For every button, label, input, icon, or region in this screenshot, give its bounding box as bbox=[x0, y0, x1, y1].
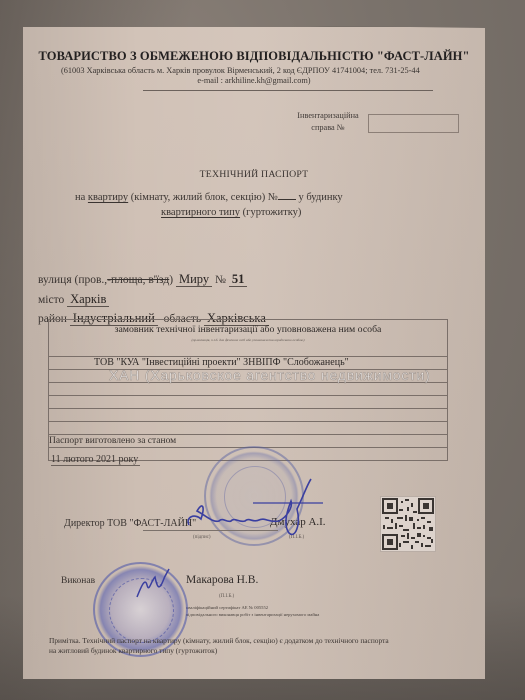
house-number-label: № bbox=[215, 274, 226, 286]
city-value: Харків bbox=[67, 292, 109, 307]
object-suffix: у будинку bbox=[298, 192, 342, 203]
note-line2: на житловий будинок квартирного типу (гу… bbox=[49, 646, 217, 655]
owner-row bbox=[49, 396, 447, 409]
executor-certificate: кваліфікаційний сертифікат АЕ № 005552 bbox=[186, 605, 268, 610]
street-option-lane: пров., bbox=[78, 274, 107, 286]
street-label-close: ) bbox=[169, 274, 173, 286]
apartment-number-blank bbox=[278, 190, 296, 200]
house-number-value: 51 bbox=[229, 272, 248, 287]
note-line1: Примітка. Технічний паспорт на квартиру … bbox=[49, 636, 389, 645]
owner-title: замовник технічної інвентаризації або уп… bbox=[49, 324, 447, 335]
inventory-case-label-line1: Інвентаризаційна bbox=[293, 110, 363, 122]
street-value: Миру bbox=[176, 272, 212, 287]
city-row: місто Харків bbox=[38, 292, 109, 307]
document-page: ТОВАРИСТВО З ОБМЕЖЕНОЮ ВІДПОВІДАЛЬНІСТЮ … bbox=[23, 27, 485, 679]
inventory-case-number-field bbox=[368, 114, 459, 133]
executor-label: Виконав bbox=[61, 576, 95, 586]
qr-code-icon bbox=[381, 497, 435, 551]
header-divider bbox=[143, 90, 433, 91]
agency-watermark: ХАН (Харьковское агентство недвижимости) bbox=[109, 367, 431, 383]
owner-row bbox=[49, 383, 447, 396]
qr-code bbox=[380, 496, 436, 552]
street-label: вулиця ( bbox=[38, 274, 78, 286]
executor-name: Макарова Н.В. bbox=[186, 574, 258, 586]
owner-table-header: замовник технічної інвентаризації або уп… bbox=[49, 320, 447, 357]
city-label: місто bbox=[38, 294, 64, 306]
company-address: (61003 Харківська область м. Харків пров… bbox=[61, 66, 420, 75]
passport-object-line: на квартиру (кімнату, жилий блок, секцію… bbox=[75, 190, 343, 203]
executor-signature-icon bbox=[133, 567, 173, 607]
object-type: квартиру bbox=[88, 192, 128, 203]
owner-row bbox=[49, 409, 447, 422]
owner-row bbox=[49, 422, 447, 435]
street-options-struck: -площа, в'їзд bbox=[107, 274, 169, 286]
building-type-alt: (гуртожитку) bbox=[243, 207, 302, 218]
company-email: e-mail : arkhiline.kh@gmail.com) bbox=[23, 76, 485, 85]
company-title: ТОВАРИСТВО З ОБМЕЖЕНОЮ ВІДПОВІДАЛЬНІСТЮ … bbox=[23, 49, 485, 64]
owner-subtitle: (організація, п.і.б. для фізичних осіб а… bbox=[49, 338, 447, 342]
document-title: ТЕХНІЧНИЙ ПАСПОРТ bbox=[23, 169, 485, 180]
director-signature-icon bbox=[183, 477, 323, 547]
executor-pib-caption: (П.І.Б.) bbox=[219, 594, 234, 599]
executor-certificate-role: відповідального виконавця робіт з інвент… bbox=[186, 612, 319, 617]
inventory-case-label-line2: справа № bbox=[293, 122, 363, 134]
building-type-line: квартирного типу (гуртожитку) bbox=[161, 207, 301, 218]
prepared-label: Паспорт виготовлено за станом bbox=[49, 436, 176, 446]
prepared-date: 11 лютого 2021 року bbox=[51, 454, 140, 466]
object-prefix: на bbox=[75, 192, 85, 203]
street-row: вулиця (пров.,-площа, в'їзд) Миру № 51 bbox=[38, 272, 247, 287]
building-type: квартирного типу bbox=[161, 207, 240, 218]
inventory-case-label: Інвентаризаційна справа № bbox=[293, 110, 363, 134]
director-label: Директор ТОВ "ФАСТ-ЛАЙН" bbox=[64, 518, 196, 529]
object-type-options: (кімнату, жилий блок, секцію) № bbox=[131, 192, 278, 203]
